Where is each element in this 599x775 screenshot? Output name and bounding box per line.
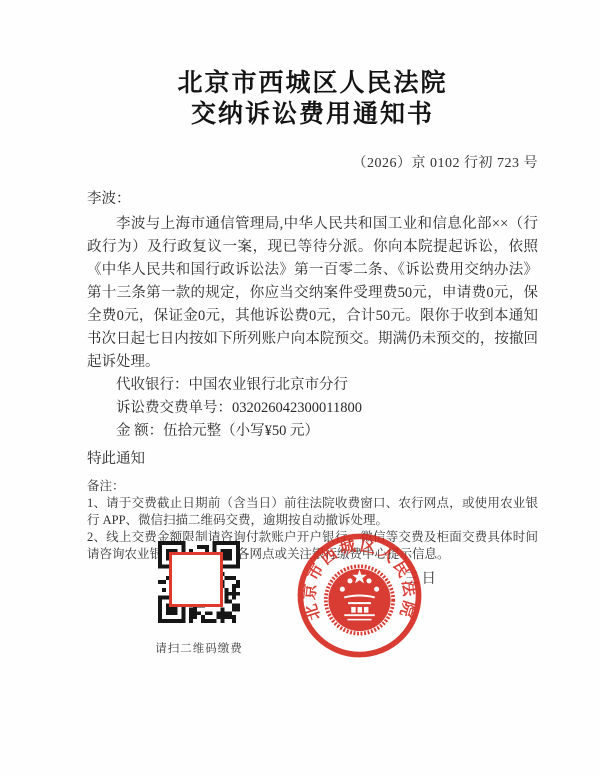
document-content: 北京市西城区人民法院 交纳诉讼费用通知书 （2026）京 0102 行初 723… <box>87 68 538 563</box>
payment-bank-line: 代收银行：中国农业银行北京市分行 <box>87 374 538 397</box>
payment-order-number-line: 诉讼费交费单号：032026042300011800 <box>87 397 538 420</box>
body-paragraph: 李波与上海市通信管理局,中华人民共和国工业和信息化部××（行政行为）及行政复议一… <box>87 213 538 374</box>
payment-amount-line: 金 额：伍拾元整（小写¥50 元） <box>87 420 538 443</box>
payment-order-number-value: 032026042300011800 <box>232 400 362 416</box>
note-item-1: 1、请于交费截止日期前（含当日）前往法院收费窗口、农行网点，或使用农业银行 AP… <box>87 495 538 529</box>
notice-document: 北京市西城区人民法院 交纳诉讼费用通知书 （2026）京 0102 行初 723… <box>0 0 599 775</box>
addressee: 李波： <box>87 188 538 211</box>
payment-amount-label: 金 额： <box>116 423 163 439</box>
court-name-title: 北京市西城区人民法院 <box>87 68 538 99</box>
payment-qr-code <box>158 541 240 623</box>
document-title-block: 北京市西城区人民法院 交纳诉讼费用通知书 <box>87 68 538 130</box>
national-emblem-icon <box>326 566 393 633</box>
notes-title: 备注： <box>87 478 538 495</box>
closing-statement: 特此通知 <box>87 448 538 471</box>
payment-bank-label: 代收银行： <box>116 377 189 393</box>
case-number: （2026）京 0102 行初 723 号 <box>87 152 538 172</box>
payment-bank-value: 中国农业银行北京市分行 <box>189 377 349 393</box>
payment-order-number-label: 诉讼费交费单号： <box>116 400 232 416</box>
qr-caption: 请扫二维码缴费 <box>150 640 248 656</box>
court-seal: 北京市西城区人民法院 <box>296 532 423 659</box>
qr-redaction-box <box>169 552 223 607</box>
payment-amount-value: 伍拾元整（小写¥50 元） <box>163 423 319 439</box>
notice-title: 交纳诉讼费用通知书 <box>87 99 538 130</box>
